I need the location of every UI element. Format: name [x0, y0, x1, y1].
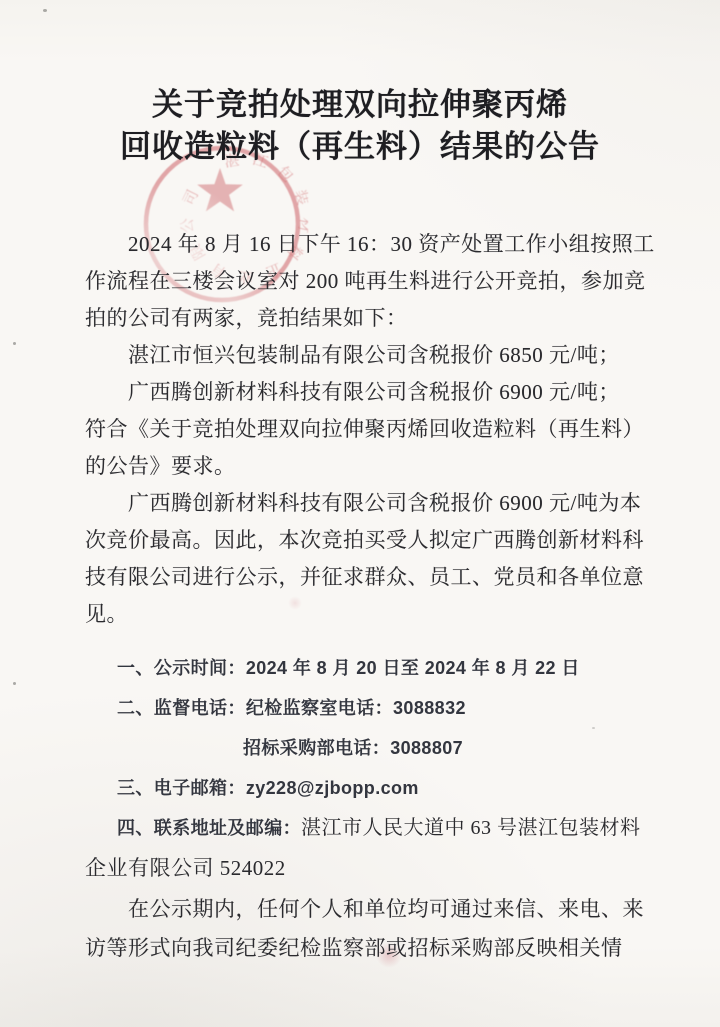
body-line: 的公告》要求。 [85, 448, 641, 485]
procurement-dept-phone: 招标采购部电话：3088807 [243, 738, 463, 758]
document-title-line1: 关于竞拍处理双向拉伸聚丙烯 [0, 84, 720, 126]
item-email: 三、电子邮箱：zy228@zjbopp.com [85, 768, 641, 808]
closing-line: 在公示期内，任何个人和单位均可通过来信、来电、来 [85, 890, 641, 929]
body-line: 拍的公司有两家，竞拍结果如下： [85, 300, 641, 337]
contact-address-postcode: 企业有限公司 524022 [85, 856, 286, 880]
body-line: 技有限公司进行公示，并征求群众、员工、党员和各单位意 [85, 559, 641, 596]
scan-speck [13, 682, 16, 685]
body-line: 符合《关于竞拍处理双向拉伸聚丙烯回收造粒料（再生料） [85, 411, 641, 448]
item-contact-address-label: 四、联系地址及邮编： [117, 818, 301, 838]
body-line-bidder1-price: 湛江市恒兴包装制品有限公司含税报价 6850 元/吨； [85, 337, 641, 374]
item-contact-address: 四、联系地址及邮编：湛江市人民大道中 63 号湛江包装材料 [85, 808, 641, 848]
item-publicity-period-value: 2024 年 8 月 20 日至 2024 年 8 月 22 日 [246, 658, 580, 678]
scan-speck [43, 9, 47, 12]
document-title-line2: 回收造粒料（再生料）结果的公告 [0, 126, 720, 168]
scanned-document-page: { "title": { "line1": "关于竞拍处理双向拉伸聚丙烯", "… [0, 0, 720, 1027]
item-publicity-period: 一、公示时间：2024 年 8 月 20 日至 2024 年 8 月 22 日 [85, 648, 641, 688]
item-supervision-phone-label: 二、监督电话： [117, 698, 246, 718]
item-publicity-period-label: 一、公示时间： [117, 658, 246, 678]
numbered-items: 一、公示时间：2024 年 8 月 20 日至 2024 年 8 月 22 日 … [85, 648, 641, 888]
body-line-bidder2-price: 广西腾创新材料科技有限公司含税报价 6900 元/吨； [85, 374, 641, 411]
email-address: zy228@zjbopp.com [246, 778, 419, 798]
closing-paragraph: 在公示期内，任何个人和单位均可通过来信、来电、来 访等形式向我司纪委纪检监察部或… [85, 890, 641, 968]
discipline-office-phone: 纪检监察室电话：3088832 [246, 698, 466, 718]
document-title: 关于竞拍处理双向拉伸聚丙烯 回收造粒料（再生料）结果的公告 [0, 84, 720, 168]
item-contact-address-cont: 企业有限公司 524022 [85, 848, 641, 888]
body-line: 见。 [85, 596, 641, 633]
body-line: 2024 年 8 月 16 日下午 16：30 资产处置工作小组按照工 [85, 226, 641, 263]
scan-speck [13, 342, 16, 345]
body-line: 作流程在三楼会议室对 200 吨再生料进行公开竞拍，参加竞 [85, 263, 641, 300]
contact-address-value: 湛江市人民大道中 63 号湛江包装材料 [301, 817, 641, 839]
item-supervision-phone: 二、监督电话：纪检监察室电话：3088832 [85, 688, 641, 728]
body-line: 广西腾创新材料科技有限公司含税报价 6900 元/吨为本 [85, 485, 641, 522]
item-email-label: 三、电子邮箱： [117, 778, 246, 798]
item-supervision-phone-cont: 招标采购部电话：3088807 [85, 728, 641, 768]
closing-line: 访等形式向我司纪委纪检监察部或招标采购部反映相关情 [85, 929, 641, 968]
body-line: 次竞价最高。因此，本次竞拍买受人拟定广西腾创新材料科 [85, 522, 641, 559]
document-body: 2024 年 8 月 16 日下午 16：30 资产处置工作小组按照工 作流程在… [85, 226, 641, 968]
